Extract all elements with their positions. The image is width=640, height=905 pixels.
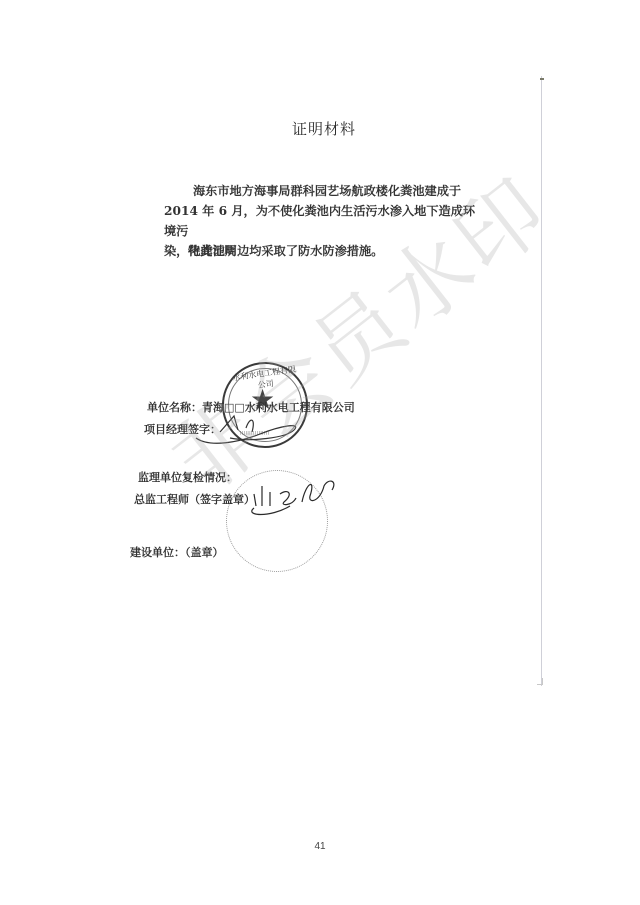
body-line-1: 海东市地方海事局群科园艺场航政楼化粪池建成于 (164, 181, 476, 201)
closing-statement: 特此证明 (188, 242, 237, 259)
paper-edge-line (541, 76, 542, 686)
supervision-review-field: 监理单位复检情况： (138, 469, 237, 485)
body-line-2: 2014 年 6 月，为不使化粪池内生活污水渗入地下造成环境污 (164, 201, 476, 241)
chief-engineer-field: 总监工程师（签字盖章） (134, 491, 255, 507)
scan-mark (540, 78, 544, 80)
project-manager-signature (190, 408, 310, 448)
chief-engineer-signature (240, 472, 350, 522)
page-number: 41 (0, 841, 640, 852)
paper-corner (537, 678, 543, 685)
construction-unit-field: 建设单位：（盖章） (130, 544, 224, 560)
scanned-document-page: 证明材料 海东市地方海事局群科园艺场航政楼化粪池建成于 2014 年 6 月，为… (0, 0, 640, 905)
document-title: 证明材料 (0, 118, 640, 139)
